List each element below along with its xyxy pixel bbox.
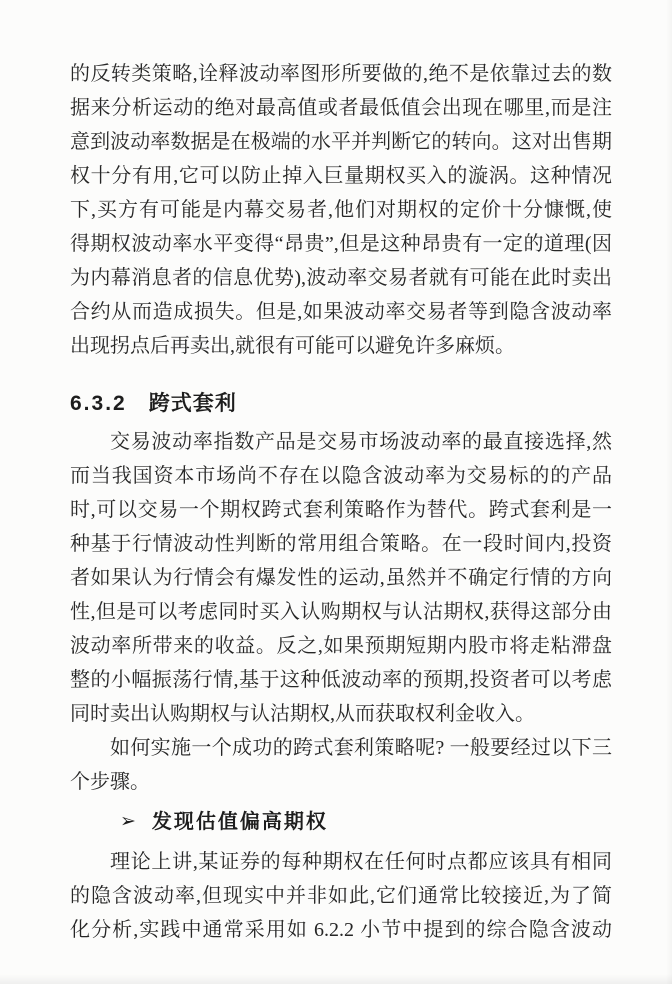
text-line: 据来分析运动的绝对最高值或者最低值会出现在哪里,而是注 [70, 91, 612, 125]
page-text-column: 的反转类策略,诠释波动率图形所要做的,绝不是依靠过去的数据来分析运动的绝对最高值… [70, 57, 612, 947]
text-line: 下,买方有可能是内幕交易者,他们对期权的定价十分慷慨,使 [70, 193, 612, 227]
text-line: 者如果认为行情会有爆发性的运动,虽然并不确定行情的方向 [70, 561, 612, 595]
paragraph-theory-overvalued-options: 理论上讲,某证券的每种期权在任何时点都应该具有相同的隐含波动率,但现实中并非如此… [70, 845, 612, 947]
text-line: 种基于行情波动性判断的常用组合策略。在一段时间内,投资 [70, 527, 612, 561]
bullet-heading-label: 发现估值偏高期权 [152, 811, 328, 833]
text-line: 为内幕消息者的信息优势),波动率交易者就有可能在此时卖出 [70, 261, 612, 295]
text-line: 理论上讲,某证券的每种期权在任何时点都应该具有相同 [70, 845, 612, 879]
text-line: 性,但是可以考虑同时买入认购期权与认沽期权,获得这部分由 [70, 595, 612, 629]
text-line: 个步骤。 [70, 765, 612, 799]
paragraph-steps-intro: 如何实施一个成功的跨式套利策略呢? 一般要经过以下三个步骤。 [70, 731, 612, 799]
text-line: 的反转类策略,诠释波动率图形所要做的,绝不是依靠过去的数 [70, 57, 612, 91]
paragraph-volatility-reversal-continued: 的反转类策略,诠释波动率图形所要做的,绝不是依靠过去的数据来分析运动的绝对最高值… [70, 57, 612, 363]
text-line: 同时卖出认购期权与认沽期权,从而获取权利金收入。 [70, 697, 612, 731]
text-line: 时,可以交易一个期权跨式套利策略作为替代。跨式套利是一 [70, 493, 612, 527]
text-line: 合约从而造成损失。但是,如果波动率交易者等到隐含波动率 [70, 295, 612, 329]
text-line: 权十分有用,它可以防止掉入巨量期权买入的漩涡。这种情况 [70, 159, 612, 193]
text-line: 出现拐点后再卖出,就很有可能可以避免许多麻烦。 [70, 329, 612, 363]
bullet-heading: ➢发现估值偏高期权 [70, 805, 612, 839]
paragraph-straddle-intro: 交易波动率指数产品是交易市场波动率的最直接选择,然而当我国资本市场尚不存在以隐含… [70, 425, 612, 731]
section-number: 6.3.2 [70, 392, 127, 415]
text-line: 如何实施一个成功的跨式套利策略呢? 一般要经过以下三 [70, 731, 612, 765]
text-line: 整的小幅振荡行情,基于这种低波动率的预期,投资者可以考虑 [70, 663, 612, 697]
text-line: 化分析,实践中通常采用如 6.2.2 小节中提到的综合隐含波动 [70, 913, 612, 947]
book-page: 的反转类策略,诠释波动率图形所要做的,绝不是依靠过去的数据来分析运动的绝对最高值… [0, 0, 672, 984]
section-title: 跨式套利 [149, 392, 237, 415]
text-line: 的隐含波动率,但现实中并非如此,它们通常比较接近,为了简 [70, 879, 612, 913]
text-line: 交易波动率指数产品是交易市场波动率的最直接选择,然 [70, 425, 612, 459]
text-line: 而当我国资本市场尚不存在以隐含波动率为交易标的的产品 [70, 459, 612, 493]
section-heading: 6.3.2跨式套利 [70, 387, 612, 421]
text-line: 意到波动率数据是在极端的水平并判断它的转向。这对出售期 [70, 125, 612, 159]
text-line: 波动率所带来的收益。反之,如果预期短期内股市将走粘滞盘 [70, 629, 612, 663]
arrowhead-bullet-icon: ➢ [120, 805, 136, 839]
text-line: 得期权波动率水平变得“昂贵”,但是这种昂贵有一定的道理(因 [70, 227, 612, 261]
